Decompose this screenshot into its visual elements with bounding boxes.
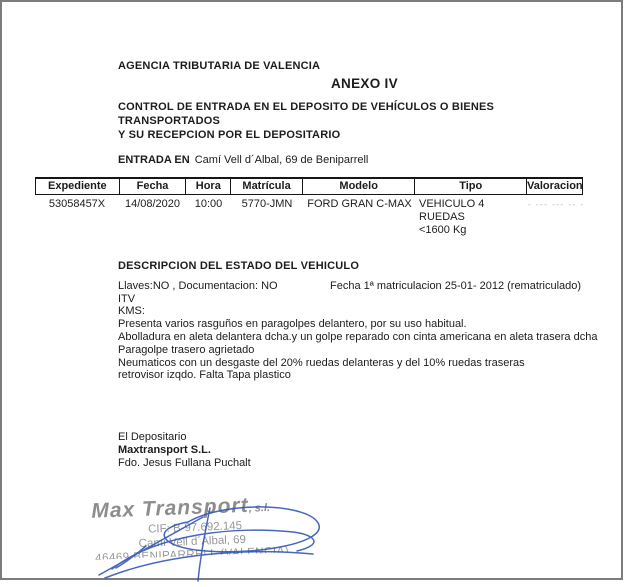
entry-label: ENTRADA EN [118,154,190,166]
col-header-matricula: Matrícula [231,179,303,194]
col-header-modelo: Modelo [303,179,416,194]
depositary-signature-block: El Depositario Maxtransport S.L. Fdo. Je… [118,431,251,470]
signature-scribble [86,490,341,584]
cell-modelo: FORD GRAN C-MAX [303,196,416,237]
entry-location-line: ENTRADA ENCamí Vell d´Albal, 69 de Benip… [118,154,368,166]
vehicle-condition-section: DESCRIPCION DEL ESTADO DEL VEHICULO Llav… [118,260,605,382]
description-heading: DESCRIPCION DEL ESTADO DEL VEHICULO [118,260,605,273]
description-line: Paragolpe trasero agrietado [118,344,605,357]
description-line: retrovisor izqdo. Falta Tapa plastico [118,369,605,382]
cell-tipo: VEHICULO 4 RUEDAS <1600 Kg [416,196,528,237]
description-line: Neumaticos con un desgaste del 20% rueda… [118,357,605,370]
cell-expediente: 53058457X [35,196,119,237]
keys-docs-line: Llaves:NO , Documentacion: NO Fecha 1ª m… [118,280,605,293]
col-header-tipo: Tipo [415,179,527,194]
keys-docs-value: Llaves:NO , Documentacion: NO [118,280,278,292]
col-header-fecha: Fecha [120,179,187,194]
col-header-expediente: Expediente [36,179,120,194]
description-line: ITV [118,293,605,306]
agency-title: AGENCIA TRIBUTARIA DE VALENCIA [118,60,320,72]
first-registration-date: Fecha 1ª matriculacion 25-01- 2012 (rema… [330,280,581,293]
depositary-signed-by: Fdo. Jesus Fullana Puchalt [118,457,251,470]
cell-fecha: 14/08/2020 [119,196,186,237]
description-line: Abolladura en aleta delantera dcha.y un … [118,331,605,344]
cell-hora: 10:00 [186,196,231,237]
table-row: 53058457X 14/08/2020 10:00 5770-JMN FORD… [35,196,583,237]
entry-location: Camí Vell d´Albal, 69 de Beniparrell [195,154,369,166]
annex-heading: ANEXO IV [331,76,398,91]
cell-tipo-line1: VEHICULO 4 RUEDAS [419,198,528,224]
description-line: KMS: [118,305,605,318]
description-line: Presenta varios rasguños en paragolpes d… [118,318,605,331]
col-header-valoracion: Valoracion [527,179,582,194]
document-title-line1: CONTROL DE ENTRADA EN EL DEPOSITO DE VEH… [118,100,598,128]
document-title-line2: Y SU RECEPCION POR EL DEPOSITARIO [118,128,598,142]
cell-matricula: 5770-JMN [231,196,303,237]
vehicle-table-header-row: Expediente Fecha Hora Matrícula Modelo T… [35,177,583,195]
vehicle-table: Expediente Fecha Hora Matrícula Modelo T… [35,177,583,237]
document-title: CONTROL DE ENTRADA EN EL DEPOSITO DE VEH… [118,100,598,142]
depositary-role: El Depositario [118,431,251,444]
scanned-document-page: AGENCIA TRIBUTARIA DE VALENCIA ANEXO IV … [0,0,625,587]
cell-tipo-line2: <1600 Kg [419,224,528,237]
cell-valoracion-faint-marks: - --- --- -- - [528,196,583,237]
col-header-hora: Hora [186,179,231,194]
depositary-company: Maxtransport S.L. [118,444,251,457]
